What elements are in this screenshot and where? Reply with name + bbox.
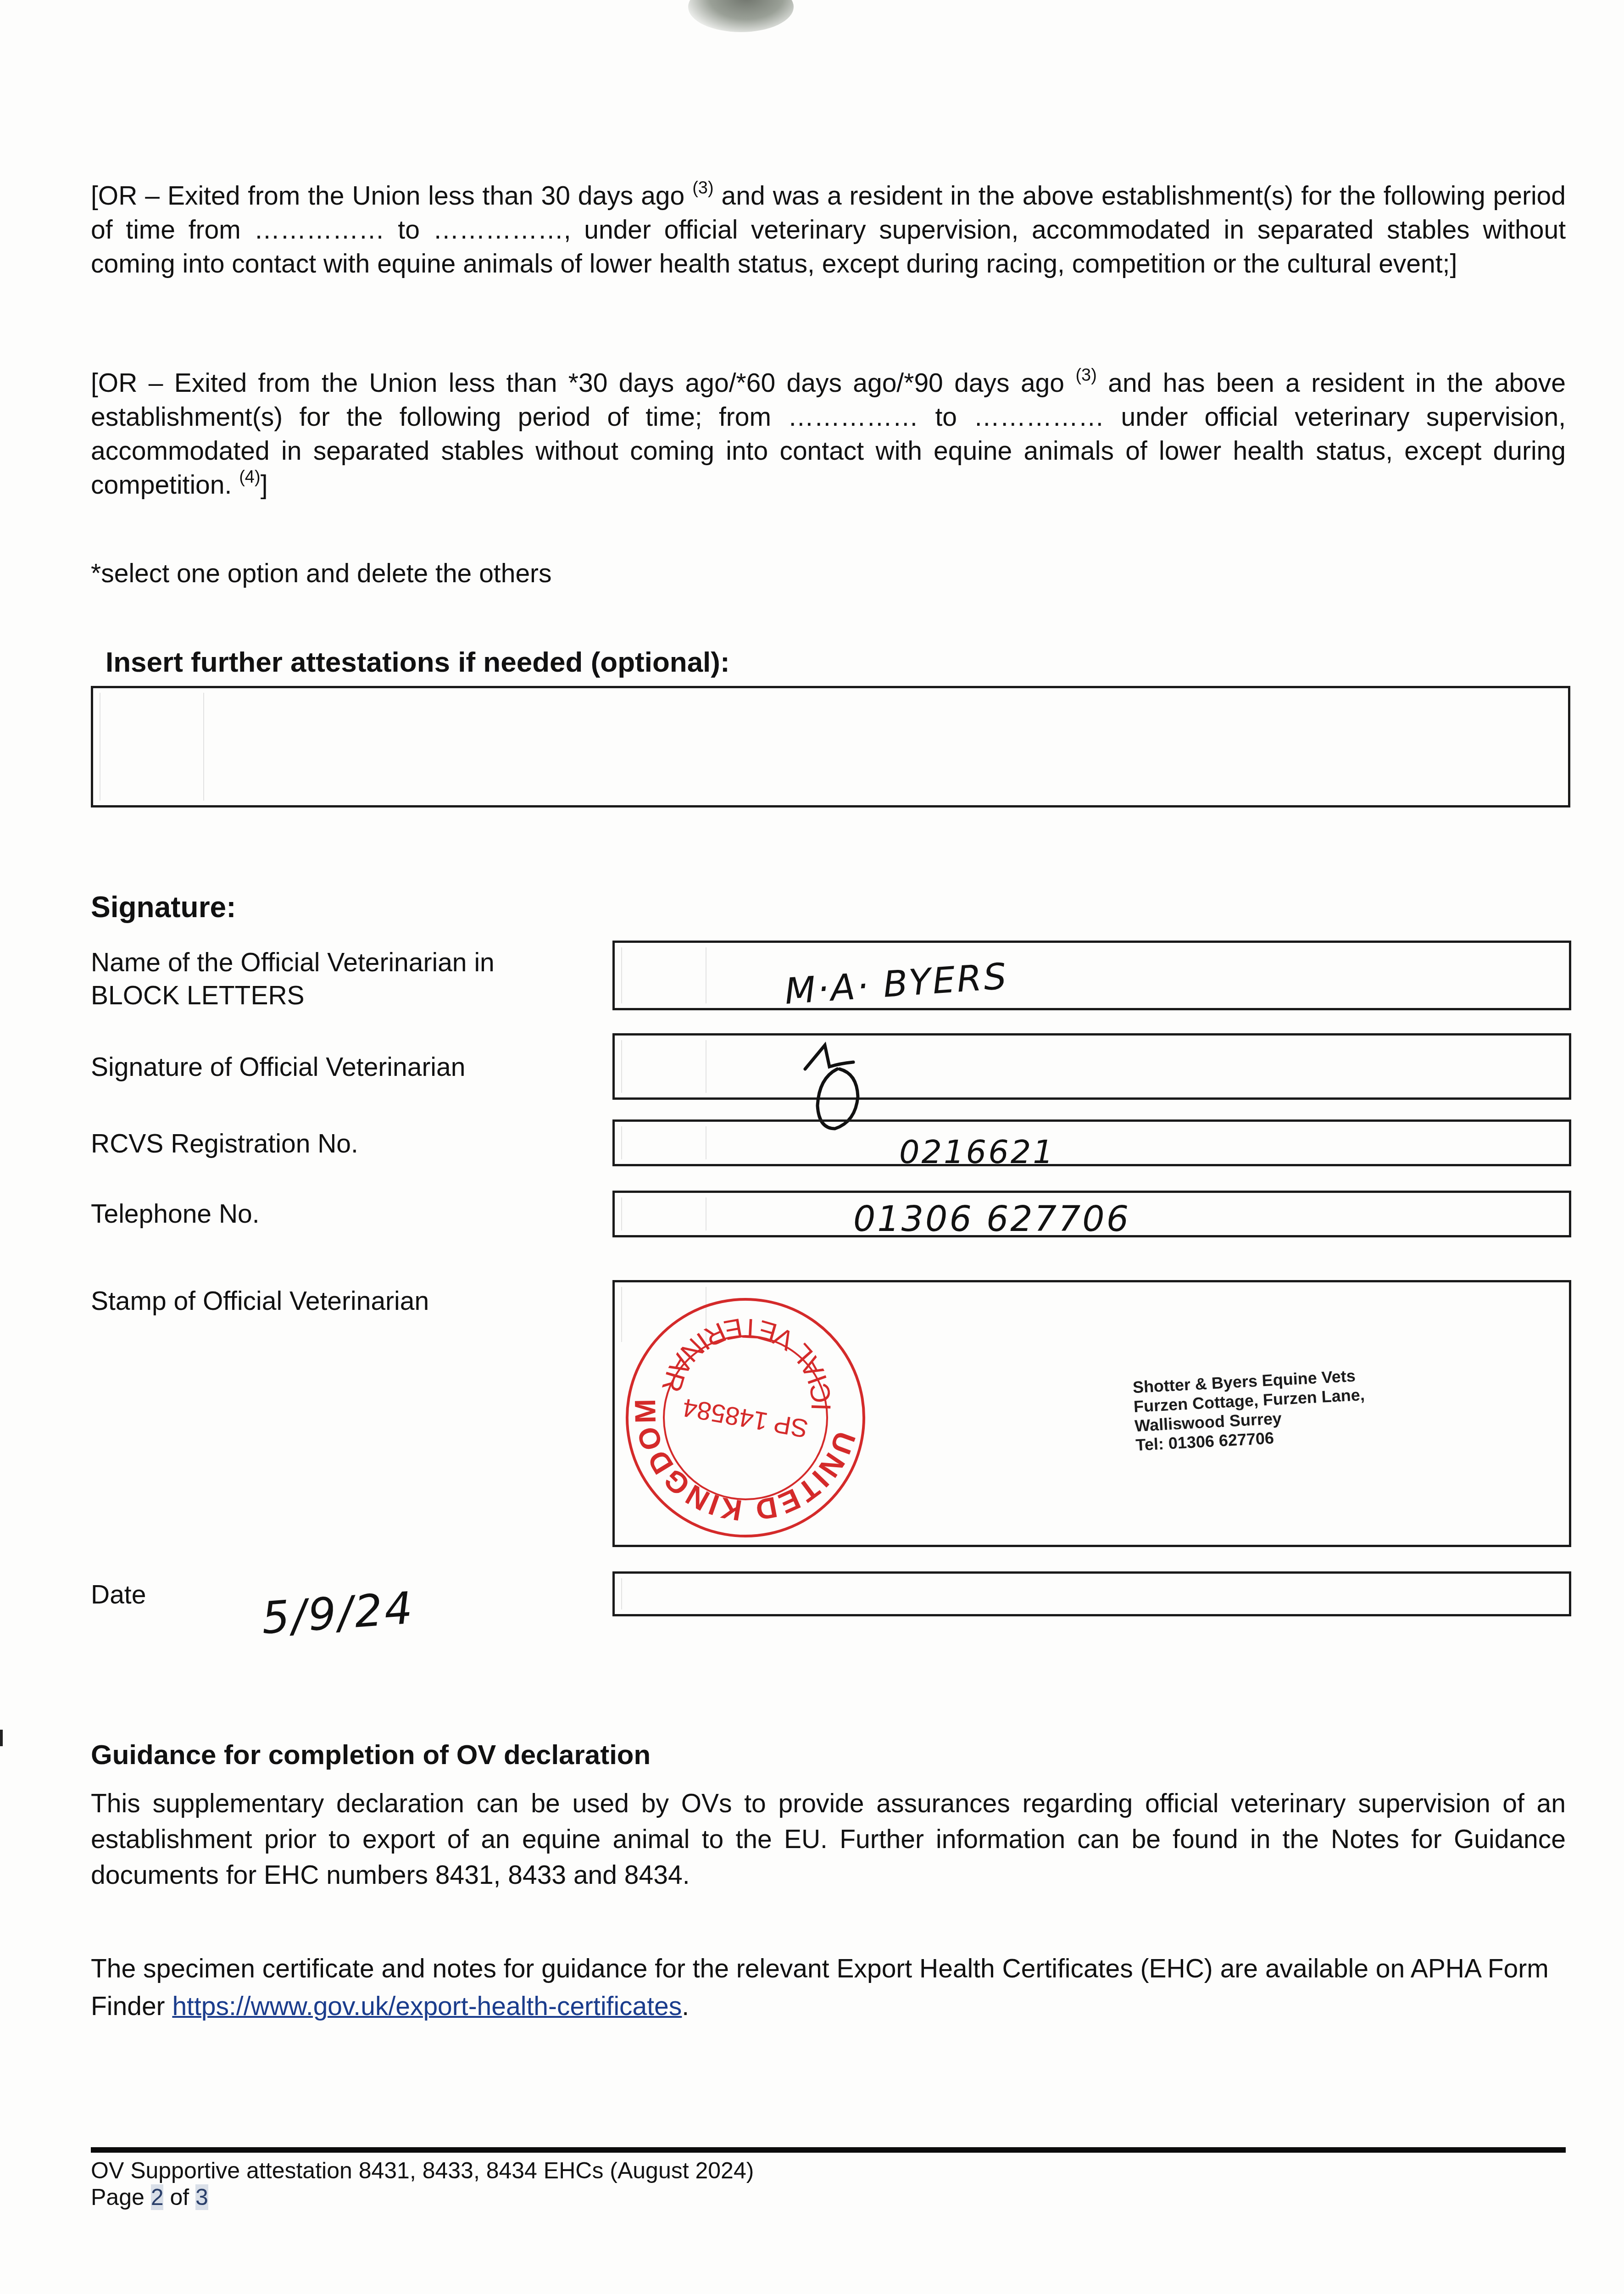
stamp-number: SP 148584 bbox=[680, 1393, 810, 1443]
rcvs-number-field[interactable] bbox=[612, 1119, 1571, 1166]
stamp-label: Stamp of Official Veterinarian bbox=[91, 1285, 429, 1318]
telephone-label: Telephone No. bbox=[91, 1197, 260, 1231]
option-b-text-end: ] bbox=[261, 470, 268, 500]
signature-heading: Signature: bbox=[91, 890, 236, 924]
footnote-ref-4: (4) bbox=[239, 468, 260, 487]
official-veterinarian-stamp: UNITED KINGDOM OFFICIAL VETERINARIAN SP … bbox=[622, 1294, 869, 1542]
further-attestations-heading: Insert further attestations if needed (o… bbox=[106, 646, 730, 679]
page-indicator: Page 2 of 3 bbox=[91, 2184, 208, 2210]
option-a-text-start: [OR – Exited from the Union less than 30… bbox=[91, 181, 692, 211]
rcvs-number-handwriting: 0216621 bbox=[899, 1133, 1055, 1171]
rcvs-label: RCVS Registration No. bbox=[91, 1127, 358, 1160]
date-field[interactable] bbox=[612, 1571, 1571, 1616]
field-guide-line bbox=[100, 693, 100, 801]
page-total: 3 bbox=[195, 2184, 208, 2210]
guidance-paragraph-1: This supplementary declaration can be us… bbox=[91, 1786, 1566, 1893]
guidance-heading: Guidance for completion of OV declaratio… bbox=[91, 1739, 651, 1771]
footer-title: OV Supportive attestation 8431, 8433, 84… bbox=[91, 2157, 754, 2184]
guidance-paragraph-2: The specimen certificate and notes for g… bbox=[91, 1950, 1566, 2025]
practice-address-stamp: Shotter & Byers Equine Vets Furzen Cotta… bbox=[1132, 1366, 1367, 1455]
footnote-ref: (3) bbox=[692, 178, 713, 198]
page-of: of bbox=[163, 2184, 195, 2210]
field-guide-line bbox=[706, 1197, 706, 1231]
field-guide-line bbox=[621, 1040, 622, 1093]
page-prefix: Page bbox=[91, 2184, 151, 2210]
field-guide-line bbox=[706, 947, 706, 1003]
margin-mark bbox=[0, 1730, 3, 1746]
page-current: 2 bbox=[151, 2184, 164, 2210]
option-b-text-start: [OR – Exited from the Union less than *3… bbox=[91, 368, 1075, 398]
export-health-certificates-link[interactable]: https://www.gov.uk/export-health-certifi… bbox=[172, 1992, 682, 2021]
footer-divider bbox=[91, 2147, 1566, 2153]
date-label: Date bbox=[91, 1578, 146, 1611]
name-label: Name of the Official Veterinarian in BLO… bbox=[91, 946, 495, 1012]
field-guide-line bbox=[203, 693, 204, 801]
scan-smudge bbox=[688, 0, 794, 32]
telephone-handwriting: 01306 627706 bbox=[853, 1198, 1130, 1239]
footnote-ref: (3) bbox=[1075, 366, 1096, 385]
select-option-note: *select one option and delete the others bbox=[91, 557, 1566, 590]
field-guide-line bbox=[621, 1126, 622, 1159]
further-attestations-field[interactable] bbox=[91, 686, 1570, 807]
signature-label: Signature of Official Veterinarian bbox=[91, 1051, 465, 1084]
field-guide-line bbox=[621, 1197, 622, 1231]
attestation-option-a: [OR – Exited from the Union less than 30… bbox=[91, 179, 1566, 281]
vet-signature-field[interactable] bbox=[612, 1033, 1571, 1100]
date-handwriting: 5/9/24 bbox=[260, 1582, 416, 1644]
field-guide-line bbox=[621, 947, 622, 1003]
vet-name-field[interactable] bbox=[612, 941, 1571, 1010]
field-guide-line bbox=[706, 1040, 706, 1093]
name-label-line1: Name of the Official Veterinarian in bbox=[91, 946, 495, 979]
field-guide-line bbox=[621, 1578, 622, 1609]
field-guide-line bbox=[706, 1126, 706, 1159]
name-label-line2: BLOCK LETTERS bbox=[91, 979, 495, 1012]
attestation-option-b: [OR – Exited from the Union less than *3… bbox=[91, 366, 1566, 502]
guidance-text-end: . bbox=[682, 1992, 689, 2021]
